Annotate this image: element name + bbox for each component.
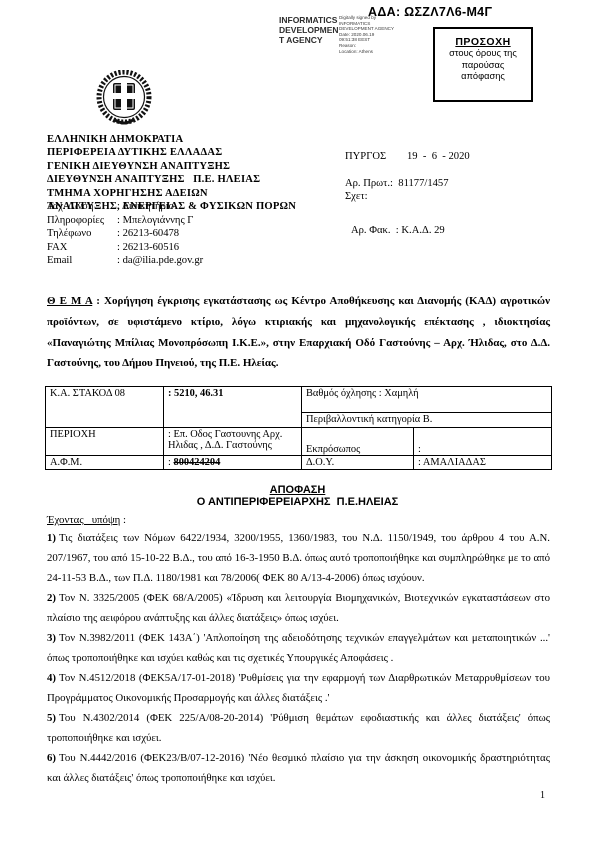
contact-value: : da@ilia.pde.gov.gr [117, 254, 203, 268]
contact-row: FAX : 26213-60516 [47, 241, 203, 255]
doy-label-cell: Δ.Ο.Υ. [302, 456, 414, 470]
contact-value: : Διοικητήριο [117, 200, 174, 214]
representative-value-cell: : [414, 428, 552, 456]
contact-row: Τηλέφωνο : 26213-60478 [47, 227, 203, 241]
contact-label: Πληροφορίες [47, 214, 117, 228]
item-text: Τον Ν. 3325/2005 (ΦΕΚ 68/Α/2005) «Ίδρυση… [47, 592, 550, 624]
item-number: 3) [47, 632, 56, 644]
attention-line: απόφασης [435, 71, 531, 83]
item-text: Τον Ν.3982/2011 (ΦΕΚ 143Α΄) 'Απλοποίηση … [47, 632, 550, 664]
contact-label: FAX [47, 241, 117, 255]
letterhead-line: ΤΜΗΜΑ ΧΟΡΗΓΗΣΗΣ ΑΔΕΙΩΝ [47, 187, 296, 200]
attention-line: παρούσας [435, 60, 531, 72]
afm-number: 800424204 [174, 457, 221, 468]
table-row: Κ.Α. ΣΤΑΚΟΔ 08 : 5210, 46.31 Βαθμός όχλη… [46, 387, 552, 413]
letterhead-line: ΕΛΛΗΝΙΚΗ ΔΗΜΟΚΡΑΤΙΑ [47, 133, 296, 146]
stakod-label-cell: Κ.Α. ΣΤΑΚΟΔ 08 [46, 387, 164, 428]
item-text: Του Ν.4442/2016 (ΦΕΚ23/Β/07-12-2016) 'Νέ… [47, 752, 550, 784]
contact-row: Email : da@ilia.pde.gov.gr [47, 254, 203, 268]
list-item: 6)Του Ν.4442/2016 (ΦΕΚ23/Β/07-12-2016) '… [47, 748, 550, 788]
signature-agency-line: INFORMATICS [279, 15, 335, 25]
item-number: 5) [47, 712, 56, 724]
nuisance-cell: Βαθμός όχλησης : Χαμηλή [302, 387, 552, 413]
list-item: 4)Τον Ν.4512/2018 (ΦΕΚ5Α/17-01-2018) 'Ρυ… [47, 668, 550, 708]
table-row: Α.Φ.Μ. : 800424204 Δ.Ο.Υ. : ΑΜΑΛΙΑΔΑΣ [46, 456, 552, 470]
file-number: Αρ. Φακ. : Κ.Α.Δ. 29 [351, 225, 445, 236]
item-text: Τον Ν.4512/2018 (ΦΕΚ5Α/17-01-2018) 'Ρυθμ… [47, 672, 550, 704]
having-regard-colon: : [120, 514, 126, 526]
digital-signature-stamp: INFORMATICS DEVELOPMEN T AGENCY Digitall… [279, 15, 417, 54]
legal-items-list: 1)Τις διατάξεις των Νόμων 6422/1934, 320… [47, 528, 550, 788]
signature-agency-name: INFORMATICS DEVELOPMEN T AGENCY [279, 15, 335, 54]
item-number: 2) [47, 592, 56, 604]
area-value-cell: : Επ. Οδος Γαστουνης Αρχ. Ηλιδας , Δ.Δ. … [164, 428, 302, 456]
signature-agency-line: T AGENCY [279, 35, 335, 45]
list-item: 3)Τον Ν.3982/2011 (ΦΕΚ 143Α΄) 'Απλοποίησ… [47, 628, 550, 668]
list-item: 2)Τον Ν. 3325/2005 (ΦΕΚ 68/Α/2005) «Ίδρυ… [47, 588, 550, 628]
letterhead-line: ΠΕΡΙΦΕΡΕΙΑ ΔΥΤΙΚΗΣ ΕΛΛΑΔΑΣ [47, 146, 296, 159]
related-label: Σχετ: [345, 191, 368, 202]
item-number: 1) [47, 532, 56, 544]
contact-value: : 26213-60478 [117, 227, 179, 241]
attention-box: ΠΡΟΣΟΧΗ στους όρους της παρούσας απόφαση… [433, 27, 533, 102]
letterhead-line: ΓΕΝΙΚΗ ΔΙΕΥΘΥΝΣΗ ΑΝΑΠΤΥΞΗΣ [47, 160, 296, 173]
item-number: 6) [47, 752, 56, 764]
list-item: 5)Του Ν.4302/2014 (ΦΕΚ 225/Α/08-20-2014)… [47, 708, 550, 748]
contact-label: Ταχ. Δ/νση [47, 200, 117, 214]
having-regard-text: Έχοντας υπόψη [47, 514, 120, 526]
representative-label-cell: Εκπρόσωπος [302, 428, 414, 456]
afm-label-cell: Α.Φ.Μ. [46, 456, 164, 470]
afm-value-cell: : 800424204 [164, 456, 302, 470]
area-label-cell: ΠΕΡΙΟΧΗ [46, 428, 164, 456]
decision-title: ΑΠΟΦΑΣΗ [0, 484, 595, 496]
subject-paragraph: Θ Ε Μ Α : Χορήγηση έγκρισης εγκατάστασης… [47, 291, 550, 374]
letterhead-line: ΔΙΕΥΘΥΝΣΗ ΑΝΑΠΤΥΞΗΣ Π.Ε. ΗΛΕΙΑΣ [47, 173, 296, 186]
attention-line: στους όρους της [435, 48, 531, 60]
decision-subtitle: Ο ΑΝΤΙΠΕΡΙΦΕΡΕΙΑΡΧΗΣ Π.Ε.ΗΛΕΙΑΣ [0, 496, 595, 508]
contact-row: Ταχ. Δ/νση : Διοικητήριο [47, 200, 203, 214]
document-page: ΑΔΑ: ΩΣΖΛ7Λ6-Μ4Γ INFORMATICS DEVELOPMEN … [0, 0, 595, 842]
contact-label: Τηλέφωνο [47, 227, 117, 241]
protocol-number: Αρ. Πρωτ.: 81177/1457 [345, 178, 449, 189]
having-regard-line: Έχοντας υπόψη : [47, 514, 126, 526]
city: ΠΥΡΓΟΣ [345, 151, 407, 162]
subject-text: : Χορήγηση έγκρισης εγκατάστασης ως Κέντ… [47, 295, 550, 369]
table-row: ΠΕΡΙΟΧΗ : Επ. Οδος Γαστουνης Αρχ. Ηλιδας… [46, 428, 552, 456]
item-number: 4) [47, 672, 56, 684]
doy-value-cell: : ΑΜΑΛΙΑΔΑΣ [414, 456, 552, 470]
item-text: Τις διατάξεις των Νόμων 6422/1934, 3200/… [47, 532, 550, 584]
date: 19 - 6 - 2020 [407, 151, 470, 162]
signature-agency-line: DEVELOPMEN [279, 25, 335, 35]
contact-label: Email [47, 254, 117, 268]
page-number: 1 [540, 790, 545, 801]
item-text: Του Ν.4302/2014 (ΦΕΚ 225/Α/08-20-2014) '… [47, 712, 550, 744]
greek-coat-of-arms-icon [93, 70, 155, 128]
contact-value: : 26213-60516 [117, 241, 179, 255]
city-date-line: ΠΥΡΓΟΣ19 - 6 - 2020 [345, 151, 470, 162]
stakod-value-cell: : 5210, 46.31 [164, 387, 302, 428]
contact-block: Ταχ. Δ/νση : Διοικητήριο Πληροφορίες : Μ… [47, 200, 203, 268]
signature-detail-line: Location: Athens [339, 49, 417, 55]
subject-label: Θ Ε Μ Α [47, 295, 92, 307]
info-table: Κ.Α. ΣΤΑΚΟΔ 08 : 5210, 46.31 Βαθμός όχλη… [45, 386, 551, 470]
signature-details: Digitally signed by INFORMATICS DEVELOPM… [339, 15, 417, 54]
env-category-cell: Περιβαλλοντική κατηγορία Β. [302, 413, 552, 428]
list-item: 1)Τις διατάξεις των Νόμων 6422/1934, 320… [47, 528, 550, 588]
contact-value: : Μπελογιάννης Γ [117, 214, 193, 228]
contact-row: Πληροφορίες : Μπελογιάννης Γ [47, 214, 203, 228]
attention-title: ΠΡΟΣΟΧΗ [435, 36, 531, 48]
